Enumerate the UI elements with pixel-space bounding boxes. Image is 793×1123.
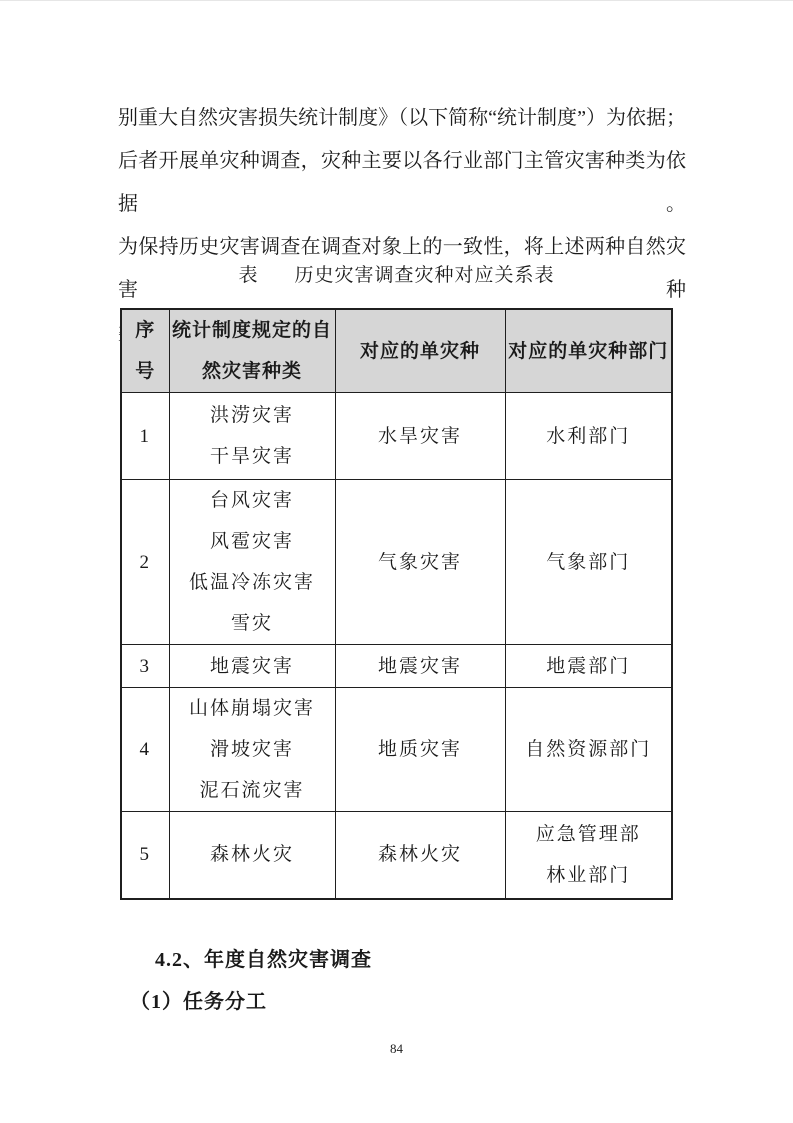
cell-line: 地质灾害 — [336, 729, 505, 770]
table-row: 3 地震灾害 地震灾害 地震部门 — [121, 645, 672, 688]
table-row: 4 山体崩塌灾害 滑坡灾害 泥石流灾害 地质灾害 自然资源部门 — [121, 688, 672, 812]
header-line: 号 — [122, 351, 169, 392]
header-line: 然灾害种类 — [170, 351, 335, 392]
cell-line: 泥石流灾害 — [170, 770, 335, 811]
cell-line: 干旱灾害 — [170, 436, 335, 477]
cell-disaster-types: 台风灾害 风雹灾害 低温冷冻灾害 雪灾 — [169, 480, 335, 645]
cell-line: 气象部门 — [506, 542, 672, 583]
cell-line: 水利部门 — [506, 416, 672, 457]
disaster-mapping-table: 序 号 统计制度规定的自 然灾害种类 对应的单灾种 对应的单灾种部门 1 洪涝灾… — [120, 308, 673, 900]
cell-department: 自然资源部门 — [505, 688, 672, 812]
cell-serial: 2 — [121, 480, 169, 645]
subsection-heading: （1）任务分工 — [130, 985, 267, 1014]
header-cell-single-disaster: 对应的单灾种 — [335, 309, 505, 393]
cell-department: 水利部门 — [505, 393, 672, 480]
header-cell-department: 对应的单灾种部门 — [505, 309, 672, 393]
cell-line: 5 — [122, 834, 169, 875]
cell-line: 地震灾害 — [336, 646, 505, 687]
cell-line: 滑坡灾害 — [170, 729, 335, 770]
paragraph-line: 别重大自然灾害损失统计制度》（以下简称“统计制度”）为依据； — [118, 97, 686, 140]
cell-single-disaster: 地震灾害 — [335, 645, 505, 688]
table-row: 2 台风灾害 风雹灾害 低温冷冻灾害 雪灾 气象灾害 气象部门 — [121, 480, 672, 645]
cell-line: 台风灾害 — [170, 480, 335, 521]
cell-line: 森林火灾 — [336, 834, 505, 875]
cell-line: 低温冷冻灾害 — [170, 562, 335, 603]
cell-line: 地震灾害 — [170, 646, 335, 687]
disaster-mapping-table-wrap: 序 号 统计制度规定的自 然灾害种类 对应的单灾种 对应的单灾种部门 1 洪涝灾… — [120, 308, 673, 900]
cell-line: 气象灾害 — [336, 542, 505, 583]
cell-line: 森林火灾 — [170, 834, 335, 875]
cell-line: 2 — [122, 542, 169, 583]
cell-disaster-types: 森林火灾 — [169, 812, 335, 899]
cell-single-disaster: 森林火灾 — [335, 812, 505, 899]
cell-department: 地震部门 — [505, 645, 672, 688]
table-row: 5 森林火灾 森林火灾 应急管理部 林业部门 — [121, 812, 672, 899]
table-row: 1 洪涝灾害 干旱灾害 水旱灾害 水利部门 — [121, 393, 672, 480]
cell-disaster-types: 洪涝灾害 干旱灾害 — [169, 393, 335, 480]
cell-line: 应急管理部 — [506, 814, 672, 855]
header-line: 对应的单灾种部门 — [506, 331, 672, 372]
section-heading: 4.2、年度自然灾害调查 — [155, 943, 372, 972]
cell-line: 自然资源部门 — [506, 729, 672, 770]
cell-disaster-types: 地震灾害 — [169, 645, 335, 688]
cell-serial: 5 — [121, 812, 169, 899]
table-caption-title: 历史灾害调查灾种对应关系表 — [295, 265, 555, 286]
document-page: 别重大自然灾害损失统计制度》（以下简称“统计制度”）为依据； 后者开展单灾种调查… — [0, 0, 793, 1123]
cell-line: 风雹灾害 — [170, 521, 335, 562]
cell-line: 水旱灾害 — [336, 416, 505, 457]
cell-line: 3 — [122, 646, 169, 687]
cell-department: 应急管理部 林业部门 — [505, 812, 672, 899]
cell-single-disaster: 气象灾害 — [335, 480, 505, 645]
cell-serial: 4 — [121, 688, 169, 812]
cell-single-disaster: 水旱灾害 — [335, 393, 505, 480]
header-cell-statistic-types: 统计制度规定的自 然灾害种类 — [169, 309, 335, 393]
table-caption-label: 表 — [238, 265, 258, 286]
cell-serial: 1 — [121, 393, 169, 480]
header-line: 统计制度规定的自 — [170, 310, 335, 351]
cell-line: 1 — [122, 416, 169, 457]
page-number: 84 — [0, 1041, 793, 1057]
cell-line: 山体崩塌灾害 — [170, 688, 335, 729]
cell-department: 气象部门 — [505, 480, 672, 645]
header-line: 对应的单灾种 — [336, 331, 505, 372]
cell-line: 林业部门 — [506, 855, 672, 896]
paragraph-line: 后者开展单灾种调查，灾种主要以各行业部门主管灾害种类为依据。 — [118, 140, 686, 226]
cell-line: 雪灾 — [170, 603, 335, 644]
cell-single-disaster: 地质灾害 — [335, 688, 505, 812]
cell-serial: 3 — [121, 645, 169, 688]
header-line: 序 — [122, 310, 169, 351]
table-caption: 表历史灾害调查灾种对应关系表 — [0, 260, 793, 287]
cell-line: 4 — [122, 729, 169, 770]
cell-line: 地震部门 — [506, 646, 672, 687]
table-header-row: 序 号 统计制度规定的自 然灾害种类 对应的单灾种 对应的单灾种部门 — [121, 309, 672, 393]
cell-line: 洪涝灾害 — [170, 395, 335, 436]
header-cell-serial: 序 号 — [121, 309, 169, 393]
cell-disaster-types: 山体崩塌灾害 滑坡灾害 泥石流灾害 — [169, 688, 335, 812]
